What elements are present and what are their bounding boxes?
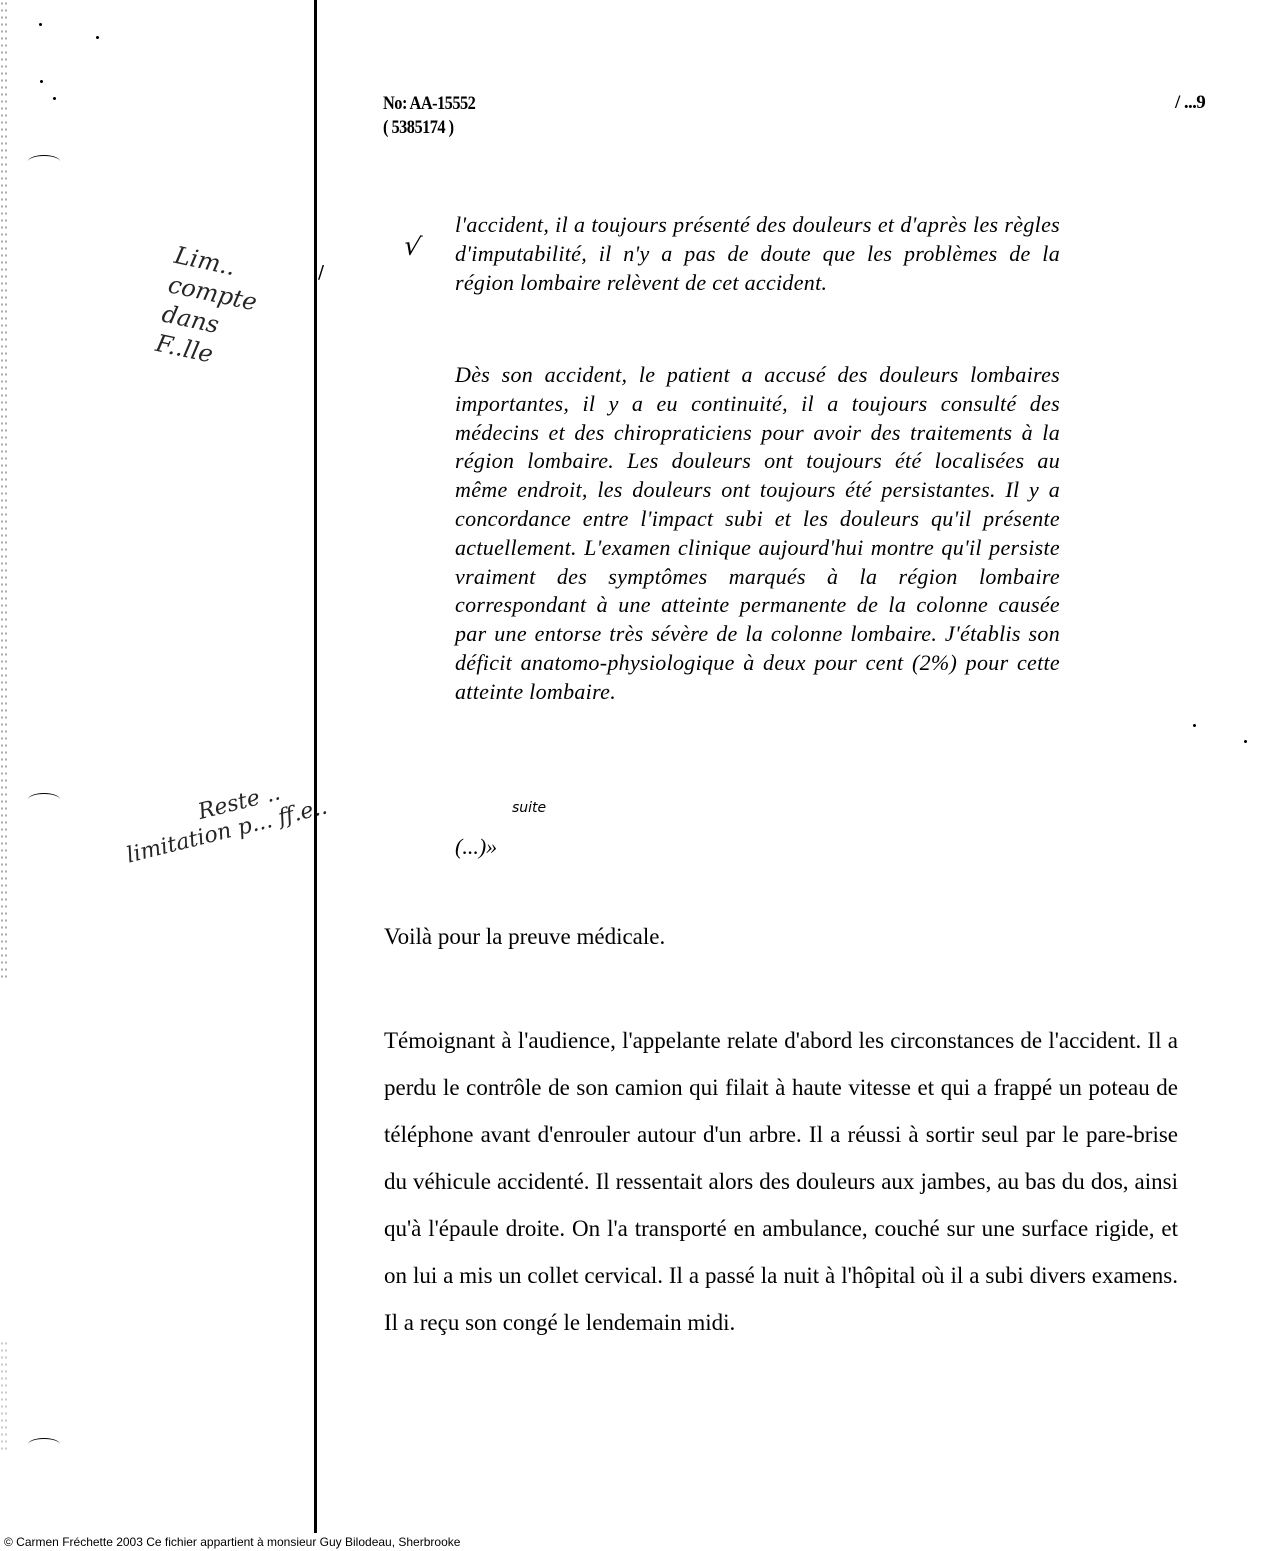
scan-speck (96, 36, 99, 39)
scan-speck (40, 80, 43, 83)
page-number: / ...9 (1175, 92, 1205, 114)
margin-rule (314, 0, 317, 1533)
body-paragraph: Voilà pour la preuve médicale. (384, 924, 1178, 950)
scan-speckle-edge-lower (0, 1340, 8, 1450)
copyright-footer: © Carmen Fréchette 2003 Ce fichier appar… (4, 1535, 460, 1549)
quoted-report-paragraph: Dès son accident, le patient a accusé de… (455, 361, 1060, 707)
document-header: No: AA-15552 ( 5385174 ) (383, 92, 475, 140)
checkmark-icon: √ (402, 231, 424, 263)
scan-speck (53, 97, 56, 100)
handwritten-inline-note: suite (512, 800, 546, 816)
punch-hole-mark (28, 1438, 60, 1451)
punch-hole-mark (28, 793, 60, 806)
file-number: No: AA-15552 (383, 92, 475, 116)
quote-ellipsis: (...)» (455, 834, 497, 860)
handwritten-margin-note-bottom: Reste .. limitation p... ff.e.. (118, 770, 330, 868)
scan-speck (1244, 740, 1247, 743)
scan-speck (39, 23, 42, 26)
body-paragraph: Témoignant à l'audience, l'appelante rel… (384, 1017, 1178, 1346)
reference-number: ( 5385174 ) (383, 116, 475, 140)
handwritten-margin-note-top: Lim.. compte dans F..lle (153, 240, 266, 376)
pen-tick-mark: / (318, 262, 324, 283)
punch-hole-mark (28, 155, 60, 168)
quoted-report-paragraph: l'accident, il a toujours présenté des d… (455, 211, 1060, 297)
scan-speck (1193, 724, 1196, 727)
scan-speckle-edge (0, 0, 8, 980)
